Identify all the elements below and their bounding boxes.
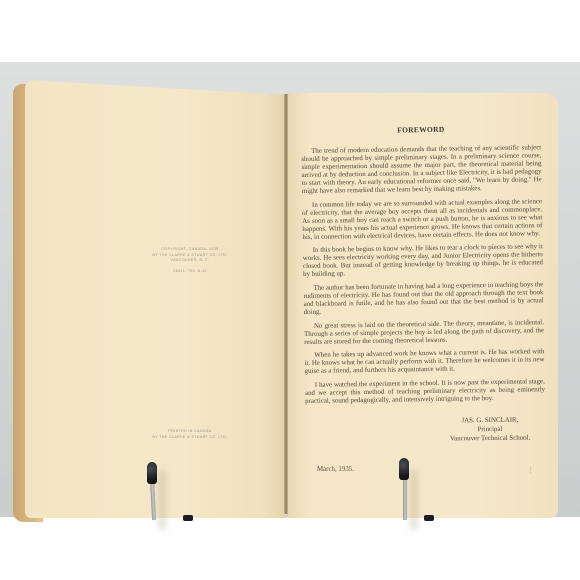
photo-floor [0,517,580,580]
foreword-paragraph: When he takes up advanced work he knows … [304,348,544,376]
print-code: 25421. 750. 8-43 [130,269,250,275]
foreword-paragraph: In common life today we are so surrounde… [302,198,543,242]
signature-block: JAS. G. SINCLAIR, Principal Vancouver Te… [430,415,550,443]
printed-line: BY THE CLARKE & STUART CO. LTD. [130,435,250,441]
copyright-notice: COPYRIGHT, CANADA, 1935 BY THE CLARKE & … [130,247,250,274]
foreword-date: March, 1935. [317,466,354,473]
stand-shadow [410,470,418,530]
stand-cap-left [147,462,157,484]
foreword-text: FOREWORD The trend of modern education d… [301,136,545,411]
signature-institution: Vancouver Technical School. [430,433,550,443]
foreword-paragraph: In this book he begins to know why. He l… [303,244,543,280]
stand-foot-left [183,515,193,521]
foreword-paragraph: The author has been fortunate in having … [303,281,543,317]
left-page [25,80,287,518]
stand-foot-right [424,515,434,521]
paper-speck [530,467,534,473]
stand-cap-right [399,458,409,480]
book-gutter [284,94,288,514]
stand-rod-right [403,475,407,520]
foreword-paragraph: No great stress is laid on the theoretic… [304,319,544,347]
foreword-paragraph: I have watched the experiment in the sch… [305,378,545,406]
stand-shadow [158,470,166,530]
foreword-paragraph: The trend of modern education demands th… [301,144,542,196]
printed-in-notice: PRINTED IN CANADA BY THE CLARKE & STUART… [130,429,250,440]
